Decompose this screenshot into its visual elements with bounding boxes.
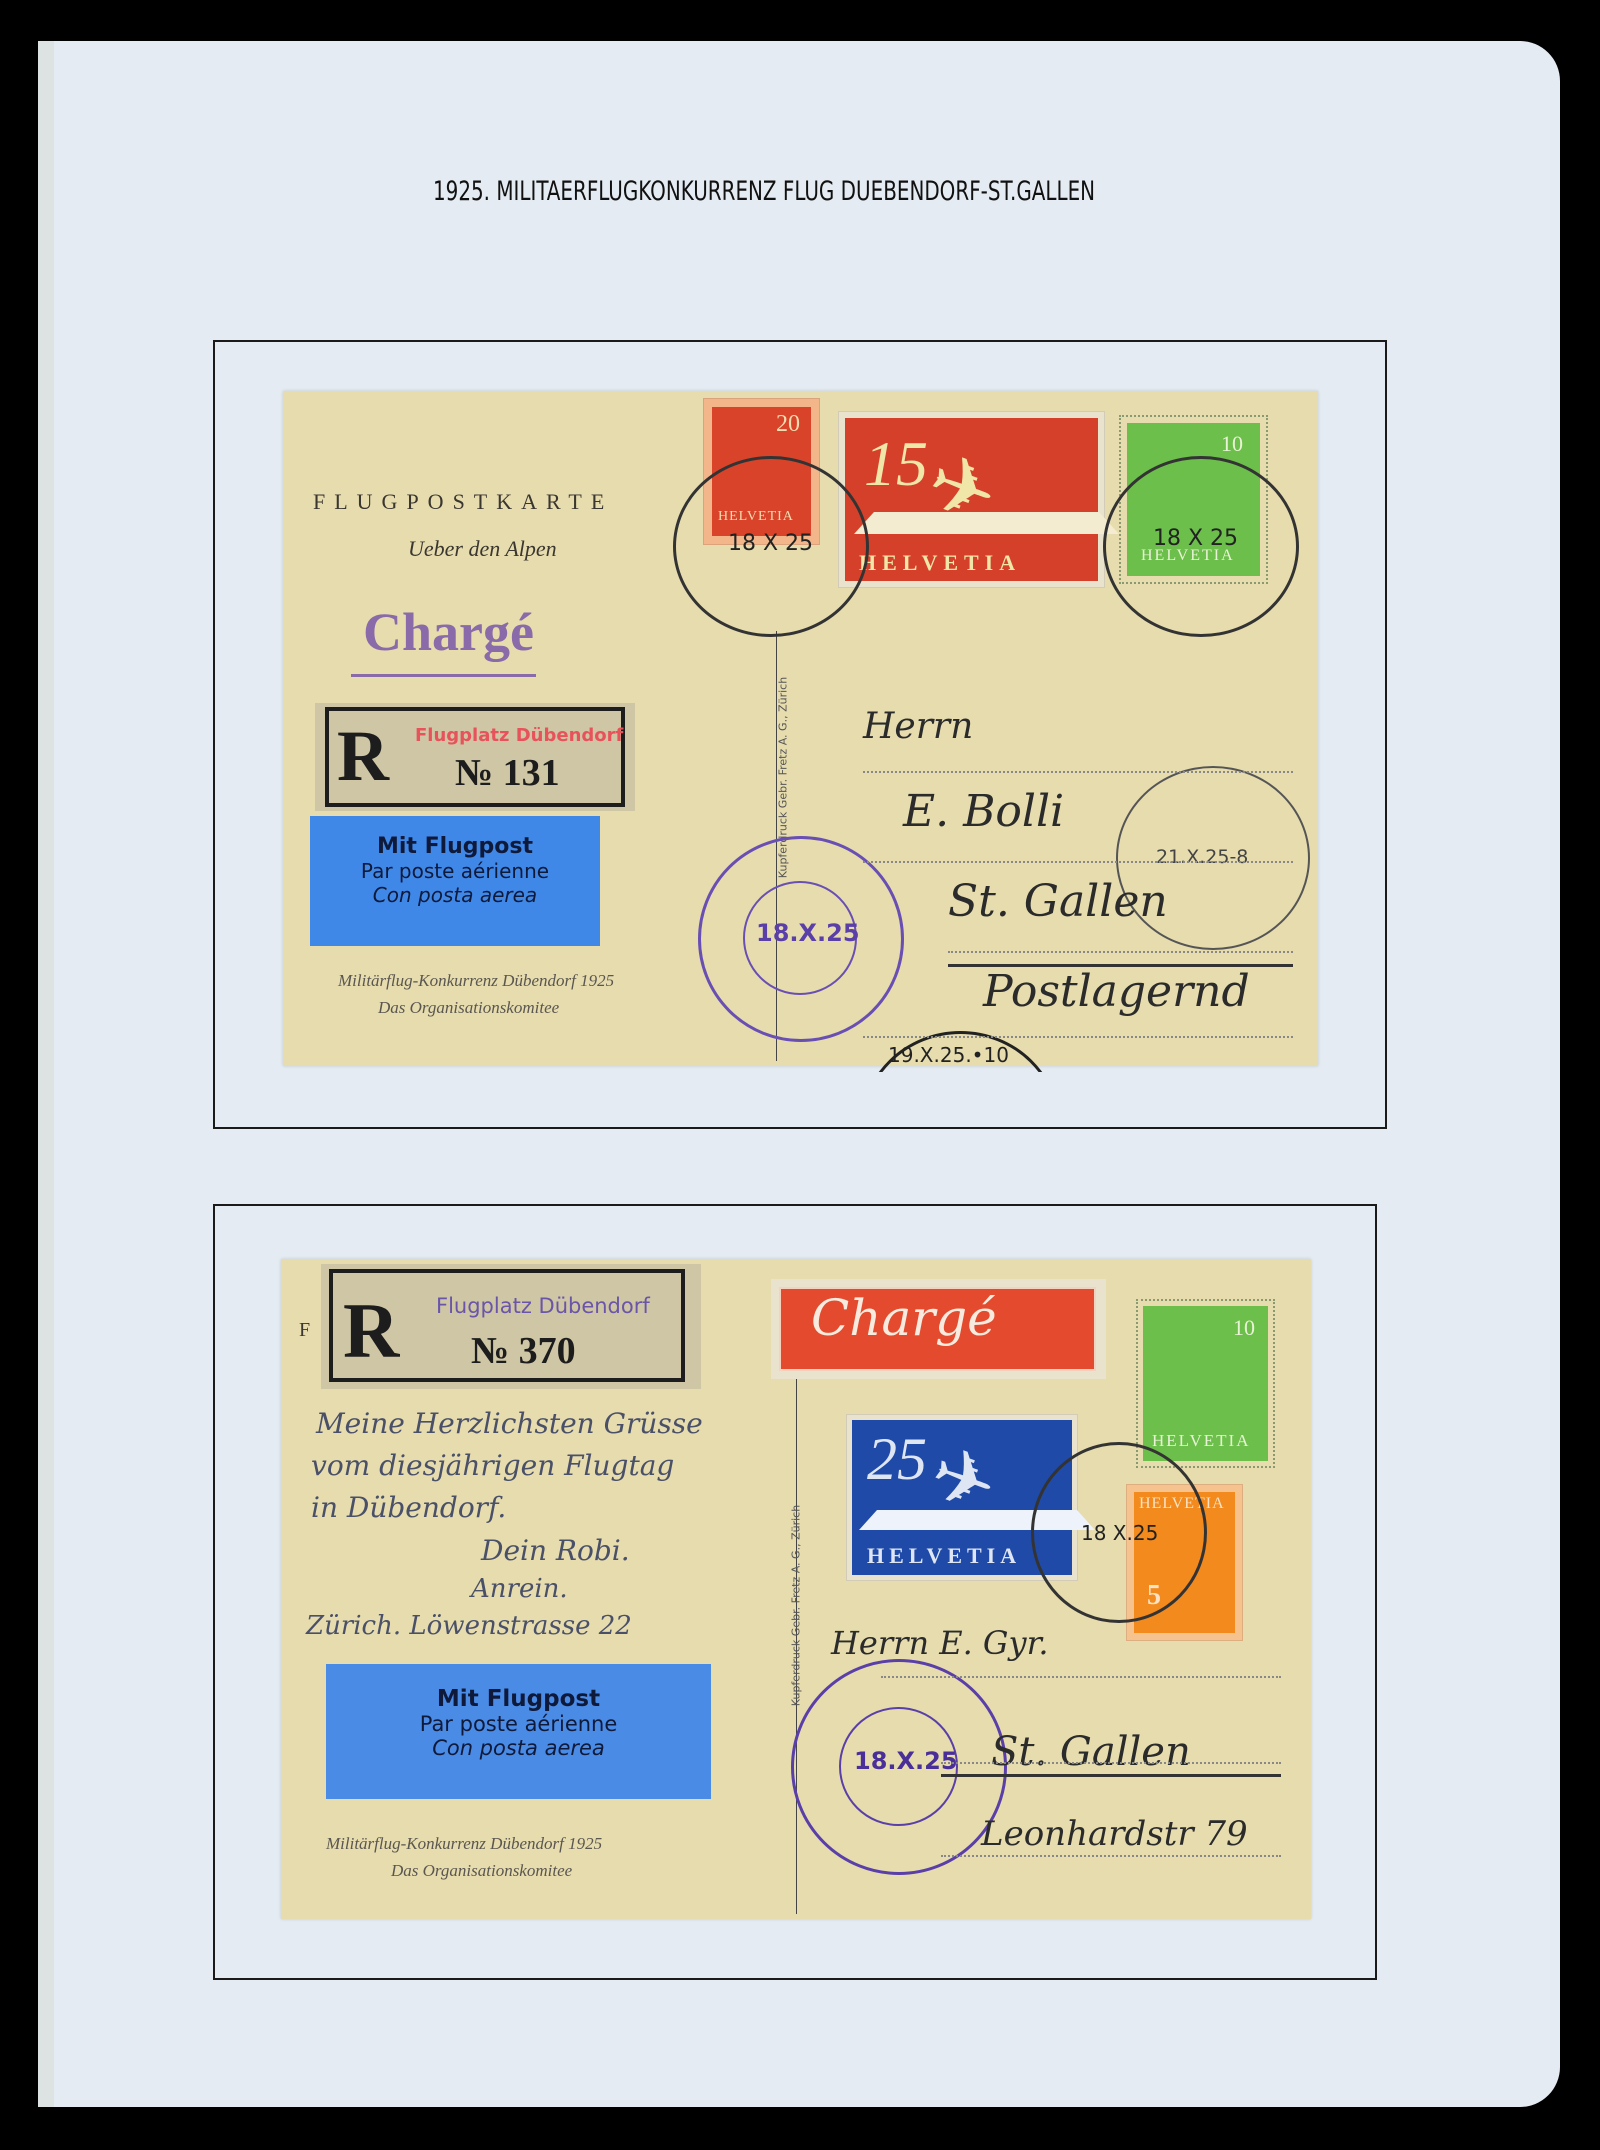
airmail-line3: Con posta aerea	[310, 883, 600, 907]
airmail-line1: Mit Flugpost	[310, 816, 600, 859]
postcard-2[interactable]: F R Flugplatz Dübendorf № 370 Meine Herz…	[281, 1259, 1311, 1919]
charge-underline	[351, 674, 536, 677]
registration-label: R Flugplatz Dübendorf № 370	[321, 1264, 701, 1389]
card-header-initial: F	[299, 1319, 310, 1342]
postcard-1[interactable]: FLUGPOSTKARTE Ueber den Alpen Chargé R F…	[283, 391, 1318, 1066]
message-line-5: Anrein.	[471, 1574, 568, 1604]
airmail-label: Mit Flugpost Par poste aérienne Con post…	[326, 1664, 711, 1799]
stamp-15-airplane: 15 ✈ HELVETIA	[838, 411, 1105, 588]
mountains-icon	[854, 512, 1119, 534]
card-footer-line2: Das Organisationskomitee	[391, 1861, 572, 1881]
cachet-militaerflug: 18.X.25	[791, 1659, 1007, 1875]
registration-number: № 370	[471, 1329, 576, 1373]
registration-office: Flugplatz Dübendorf	[436, 1294, 650, 1318]
address-line-1: Herrn	[863, 706, 973, 747]
printer-imprint: Kupferdruck Gebr. Fretz A. G., Zürich	[790, 1481, 803, 1731]
charge-handstamp: Chargé	[363, 601, 534, 663]
page-title: 1925. MILITAERFLUGKONKURRENZ FLUG DUEBEN…	[433, 176, 1095, 207]
charge-label: Chargé	[771, 1279, 1106, 1379]
card-subheader: Ueber den Alpen	[408, 536, 557, 562]
airmail-line2: Par poste aérienne	[310, 859, 600, 883]
album-page: 1925. MILITAERFLUGKONKURRENZ FLUG DUEBEN…	[38, 41, 1560, 2107]
cachet-militaerflug: 18.X.25	[698, 836, 904, 1042]
registration-letter: R	[343, 1286, 399, 1376]
card-footer-line2: Das Organisationskomitee	[378, 998, 559, 1018]
card-footer-line1: Militärflug-Konkurrenz Dübendorf 1925	[338, 971, 614, 991]
message-line-6: Zürich. Löwenstrasse 22	[306, 1611, 632, 1641]
registration-letter: R	[337, 715, 389, 798]
page-binding-strip	[38, 41, 54, 2107]
address-line-3: Leonhardstr 79	[981, 1814, 1248, 1854]
address-line-3: St. Gallen	[948, 876, 1168, 927]
address-line-2: E. Bolli	[903, 786, 1064, 837]
message-line-4: Dein Robi.	[481, 1534, 630, 1567]
message-line-3: in Dübendorf.	[311, 1491, 506, 1524]
registration-label: R Flugplatz Dübendorf № 131	[315, 703, 635, 811]
stamp-10-tell-imprinted: 10 HELVETIA	[1136, 1299, 1275, 1468]
address-line-4: Postlagernd	[983, 966, 1250, 1017]
card-footer-line1: Militärflug-Konkurrenz Dübendorf 1925	[326, 1834, 602, 1854]
address-line-1: Herrn E. Gyr.	[831, 1624, 1049, 1662]
card-header: FLUGPOSTKARTE	[313, 489, 613, 515]
airmail-label: Mit Flugpost Par poste aérienne Con post…	[310, 816, 600, 946]
address-line-2: St. Gallen	[991, 1729, 1191, 1775]
message-line-1: Meine Herzlichsten Grüsse	[316, 1407, 703, 1440]
registration-office: Flugplatz Dübendorf	[415, 725, 623, 746]
message-line-2: vom diesjährigen Flugtag	[311, 1449, 674, 1482]
registration-number: № 131	[455, 751, 560, 795]
